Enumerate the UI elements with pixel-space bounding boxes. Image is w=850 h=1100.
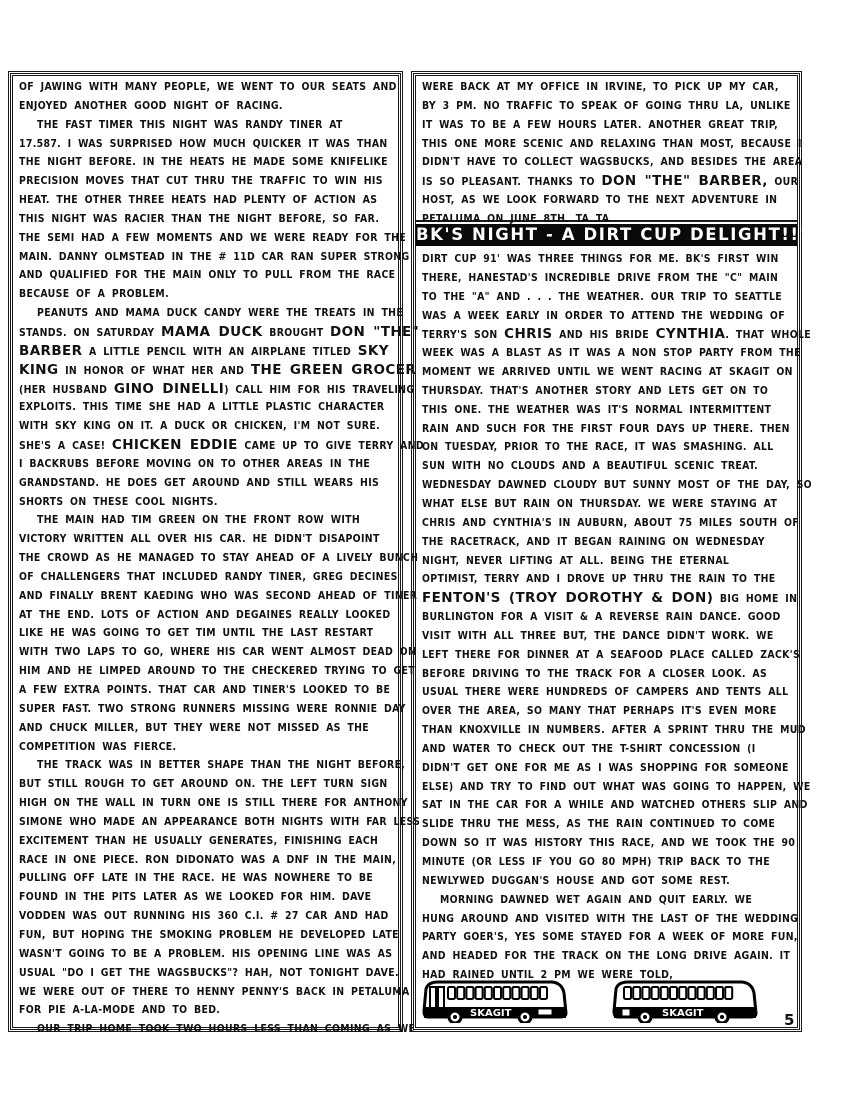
text-line: SUN WITH NO CLOUDS AND A BEAUTIFUL SCENI…: [422, 457, 789, 476]
text-run: SHE'S A CASE!: [19, 440, 112, 452]
text-line: AND CHUCK MILLER, BUT THEY WERE NOT MISS…: [19, 719, 390, 738]
text-line: THE NIGHT BEFORE. IN THE HEATS HE MADE S…: [19, 153, 390, 172]
text-line: BEFORE DRIVING TO THE TRACK FOR A CLOSER…: [422, 665, 789, 684]
text-line: THE SEMI HAD A FEW MOMENTS AND WE WERE R…: [19, 229, 390, 248]
highlighted-name: DON "THE" BARBER,: [601, 173, 767, 189]
text-run: STANDS. ON SATURDAY: [19, 327, 161, 339]
text-line: SHE'S A CASE! CHICKEN EDDIE CAME UP TO G…: [19, 436, 390, 455]
text-line: ON TUESDAY, PRIOR TO THE RACE, IT WAS SM…: [422, 438, 789, 457]
text-line: HUNG AROUND AND VISITED WITH THE LAST OF…: [422, 910, 789, 929]
bus-icon: SKAGIT: [420, 979, 570, 1023]
continued-article-text: WERE BACK AT MY OFFICE IN IRVINE, TO PIC…: [416, 76, 797, 222]
text-line: DIDN'T HAVE TO COLLECT WAGSBUCKS, AND BE…: [422, 153, 789, 172]
svg-text:SKAGIT: SKAGIT: [662, 1008, 704, 1019]
text-line: KING IN HONOR OF WHAT HER AND THE GREEN …: [19, 361, 390, 380]
text-line: BY 3 PM. NO TRAFFIC TO SPEAK OF GOING TH…: [422, 97, 789, 116]
bus-illustrations: SKAGIT SKAGIT: [420, 979, 800, 1023]
highlighted-name: KING: [19, 362, 58, 378]
text-line: MAIN. DANNY OLMSTEAD IN THE # 11D CAR RA…: [19, 248, 390, 267]
text-line: USUAL "DO I GET THE WAGSBUCKS"? HAH, NOT…: [19, 964, 390, 983]
text-line: DOWN SO IT WAS HISTORY THIS RACE, AND WE…: [422, 834, 789, 853]
text-run: ) CALL HIM FOR HIS TRAVELING: [224, 384, 414, 396]
text-line: SUPER FAST. TWO STRONG RUNNERS MISSING W…: [19, 700, 390, 719]
text-line: THERE, HANESTAD'S INCREDIBLE DRIVE FROM …: [422, 269, 789, 288]
article-title: BK'S NIGHT - A DIRT CUP DELIGHT!!!!: [416, 224, 797, 246]
text-line: WASN'T GOING TO BE A PROBLEM. HIS OPENIN…: [19, 945, 390, 964]
text-line: HIGH ON THE WALL IN TURN ONE IS STILL TH…: [19, 794, 390, 813]
text-line: LEFT THERE FOR DINNER AT A SEAFOOD PLACE…: [422, 646, 789, 665]
text-line: THURSDAY. THAT'S ANOTHER STORY AND LETS …: [422, 382, 789, 401]
text-line: MINUTE (OR LESS IF YOU GO 80 MPH) TRIP B…: [422, 853, 789, 872]
text-line: THE CROWD AS HE MANAGED TO STAY AHEAD OF…: [19, 549, 390, 568]
text-line: BURLINGTON FOR A VISIT & A REVERSE RAIN …: [422, 608, 789, 627]
text-line: OPTIMIST, TERRY AND I DROVE UP THRU THE …: [422, 570, 789, 589]
highlighted-name: SKY: [358, 343, 389, 359]
text-line: FENTON'S (TROY DOROTHY & DON) BIG HOME I…: [422, 589, 789, 608]
text-line: EXPLOITS. THIS TIME SHE HAD A LITTLE PLA…: [19, 398, 390, 417]
text-line: BARBER A LITTLE PENCIL WITH AN AIRPLANE …: [19, 342, 390, 361]
text-line: PRECISION MOVES THAT CUT THRU THE TRAFFI…: [19, 172, 390, 191]
text-line: SAT IN THE CAR FOR A WHILE AND WATCHED O…: [422, 796, 789, 815]
text-line: BUT STILL ROUGH TO GET AROUND ON. THE LE…: [19, 775, 390, 794]
text-run: (HER HUSBAND: [19, 384, 114, 396]
left-column-text: OF JAWING WITH MANY PEOPLE, WE WENT TO O…: [13, 76, 398, 1039]
text-line: VICTORY WRITTEN ALL OVER HIS CAR. HE DID…: [19, 530, 390, 549]
bus-icon: SKAGIT: [610, 979, 760, 1023]
text-line: TERRY'S SON CHRIS AND HIS BRIDE CYNTHIA.…: [422, 325, 789, 344]
text-line: 17.587. I WAS SURPRISED HOW MUCH QUICKER…: [19, 135, 390, 154]
text-line: AND HEADED FOR THE TRACK ON THE LONG DRI…: [422, 947, 789, 966]
text-line: LIKE HE WAS GOING TO GET TIM UNTIL THE L…: [19, 624, 390, 643]
text-line: PARTY GOER'S, YES SOME STAYED FOR A WEEK…: [422, 928, 789, 947]
text-line: IS SO PLEASANT. THANKS TO DON "THE" BARB…: [422, 172, 789, 191]
text-line: HIM AND HE LIMPED AROUND TO THE CHECKERE…: [19, 662, 390, 681]
text-run: . THAT WHOLE: [725, 329, 811, 341]
text-line: FOR PIE A-LA-MODE AND TO BED.: [19, 1001, 390, 1020]
text-line: WAS A WEEK EARLY IN ORDER TO ATTEND THE …: [422, 307, 789, 326]
text-run: OUR: [768, 176, 798, 188]
text-line: AND WATER TO CHECK OUT THE T-SHIRT CONCE…: [422, 740, 789, 759]
highlighted-name: DON "THE": [330, 324, 419, 340]
text-line: MOMENT WE ARRIVED UNTIL WE WENT RACING A…: [422, 363, 789, 382]
text-line: AT THE END. LOTS OF ACTION AND DEGAINES …: [19, 606, 390, 625]
text-line: THAN KNOXVILLE IN NUMBERS. AFTER A SPRIN…: [422, 721, 789, 740]
article-body: DIRT CUP 91' WAS THREE THINGS FOR ME. BK…: [416, 248, 797, 1027]
text-line: I BACKRUBS BEFORE MOVING ON TO OTHER ARE…: [19, 455, 390, 474]
text-line: FUN, BUT HOPING THE SMOKING PROBLEM HE D…: [19, 926, 390, 945]
text-line: WERE BACK AT MY OFFICE IN IRVINE, TO PIC…: [422, 78, 789, 97]
text-line: EXCITEMENT THAN HE USUALLY GENERATES, FI…: [19, 832, 390, 851]
text-line: MORNING DAWNED WET AGAIN AND QUIT EARLY.…: [422, 891, 789, 910]
text-line: THE FAST TIMER THIS NIGHT WAS RANDY TINE…: [19, 116, 390, 135]
highlighted-name: CHRIS: [504, 326, 552, 342]
highlighted-name: BARBER: [19, 343, 82, 359]
text-line: THIS ONE MORE SCENIC AND RELAXING THAN M…: [422, 135, 789, 154]
text-line: TO THE "A" AND . . . THE WEATHER. OUR TR…: [422, 288, 789, 307]
text-line: FOUND IN THE PITS LATER AS WE LOOKED FOR…: [19, 888, 390, 907]
text-line: BECAUSE OF A PROBLEM.: [19, 285, 390, 304]
text-line: AND QUALIFIED FOR THE MAIN ONLY TO PULL …: [19, 266, 390, 285]
text-line: A FEW EXTRA POINTS. THAT CAR AND TINER'S…: [19, 681, 390, 700]
text-line: PEANUTS AND MAMA DUCK CANDY WERE THE TRE…: [19, 304, 390, 323]
text-run: BIG HOME IN: [713, 593, 797, 605]
text-line: OVER THE AREA, SO MANY THAT PERHAPS IT'S…: [422, 702, 789, 721]
text-line: SHORTS ON THESE COOL NIGHTS.: [19, 493, 390, 512]
text-run: IS SO PLEASANT. THANKS TO: [422, 176, 601, 188]
text-line: THE TRACK WAS IN BETTER SHAPE THAN THE N…: [19, 756, 390, 775]
text-line: RAIN AND SUCH FOR THE FIRST FOUR DAYS UP…: [422, 420, 789, 439]
highlighted-name: FENTON'S (TROY DOROTHY & DON): [422, 590, 713, 606]
text-line: OF CHALLENGERS THAT INCLUDED RANDY TINER…: [19, 568, 390, 587]
text-line: WEDNESDAY DAWNED CLOUDY BUT SUNNY MOST O…: [422, 476, 789, 495]
highlighted-name: GINO DINELLI: [114, 381, 224, 397]
text-line: STANDS. ON SATURDAY MAMA DUCK BROUGHT DO…: [19, 323, 390, 342]
highlighted-name: CYNTHIA: [656, 326, 726, 342]
text-line: OF JAWING WITH MANY PEOPLE, WE WENT TO O…: [19, 78, 390, 97]
text-line: USUAL THERE WERE HUNDREDS OF CAMPERS AND…: [422, 683, 789, 702]
text-line: NEWLYWED DUGGAN'S HOUSE AND GOT SOME RES…: [422, 872, 789, 891]
text-line: WITH TWO LAPS TO GO, WHERE HIS CAR WENT …: [19, 643, 390, 662]
text-run: CAME UP TO GIVE TERRY AND: [238, 440, 424, 452]
text-line: (HER HUSBAND GINO DINELLI) CALL HIM FOR …: [19, 380, 390, 399]
text-line: OUR TRIP HOME TOOK TWO HOURS LESS THAN C…: [19, 1020, 390, 1039]
svg-text:SKAGIT: SKAGIT: [470, 1008, 512, 1019]
text-line: VISIT WITH ALL THREE BUT, THE DANCE DIDN…: [422, 627, 789, 646]
text-line: HEAT. THE OTHER THREE HEATS HAD PLENTY O…: [19, 191, 390, 210]
text-line: GRANDSTAND. HE DOES GET AROUND AND STILL…: [19, 474, 390, 493]
text-line: SLIDE THRU THE MESS, AS THE RAIN CONTINU…: [422, 815, 789, 834]
text-line: CHRIS AND CYNTHIA'S IN AUBURN, ABOUT 75 …: [422, 514, 789, 533]
text-line: RACE IN ONE PIECE. RON DIDONATO WAS A DN…: [19, 851, 390, 870]
text-run: BROUGHT: [263, 327, 330, 339]
text-line: DIDN'T GET ONE FOR ME AS I WAS SHOPPING …: [422, 759, 789, 778]
text-line: THIS ONE. THE WEATHER WAS IT'S NORMAL IN…: [422, 401, 789, 420]
text-line: AND FINALLY BRENT KAEDING WHO WAS SECOND…: [19, 587, 390, 606]
right-column: WERE BACK AT MY OFFICE IN IRVINE, TO PIC…: [413, 73, 800, 1030]
text-line: WEEK WAS A BLAST AS IT WAS A NON STOP PA…: [422, 344, 789, 363]
left-column: OF JAWING WITH MANY PEOPLE, WE WENT TO O…: [10, 73, 401, 1030]
text-line: COMPETITION WAS FIERCE.: [19, 738, 390, 757]
highlighted-name: CHICKEN EDDIE: [112, 437, 238, 453]
text-line: SIMONE WHO MADE AN APPEARANCE BOTH NIGHT…: [19, 813, 390, 832]
text-run: AND HIS BRIDE: [553, 329, 656, 341]
text-line: THIS NIGHT WAS RACIER THAN THE NIGHT BEF…: [19, 210, 390, 229]
text-line: HOST, AS WE LOOK FORWARD TO THE NEXT ADV…: [422, 191, 789, 210]
text-line: DIRT CUP 91' WAS THREE THINGS FOR ME. BK…: [422, 250, 789, 269]
text-run: A LITTLE PENCIL WITH AN AIRPLANE TITLED: [82, 346, 357, 358]
highlighted-name: THE GREEN GROCER: [251, 362, 416, 378]
text-line: THE MAIN HAD TIM GREEN ON THE FRONT ROW …: [19, 511, 390, 530]
text-line: WITH SKY KING ON IT. A DUCK OR CHICKEN, …: [19, 417, 390, 436]
article-body-text: DIRT CUP 91' WAS THREE THINGS FOR ME. BK…: [422, 250, 789, 985]
text-line: ELSE) AND TRY TO FIND OUT WHAT WAS GOING…: [422, 778, 789, 797]
page-number: 5: [784, 1011, 794, 1029]
text-run: TERRY'S SON: [422, 329, 504, 341]
text-line: NIGHT, NEVER LIFTING AT ALL. BEING THE E…: [422, 552, 789, 571]
highlighted-name: MAMA DUCK: [161, 324, 263, 340]
text-line: WHAT ELSE BUT RAIN ON THURSDAY. WE WERE …: [422, 495, 789, 514]
text-line: VODDEN WAS OUT RUNNING HIS 360 C.I. # 27…: [19, 907, 390, 926]
text-line: IT WAS TO BE A FEW HOURS LATER. ANOTHER …: [422, 116, 789, 135]
text-run: IN HONOR OF WHAT HER AND: [58, 365, 250, 377]
text-line: WE WERE OUT OF THERE TO HENNY PENNY'S BA…: [19, 983, 390, 1002]
text-line: THE RACETRACK, AND IT BEGAN RAINING ON W…: [422, 533, 789, 552]
text-line: PULLING OFF LATE IN THE RACE. HE WAS NOW…: [19, 869, 390, 888]
text-line: ENJOYED ANOTHER GOOD NIGHT OF RACING.: [19, 97, 390, 116]
